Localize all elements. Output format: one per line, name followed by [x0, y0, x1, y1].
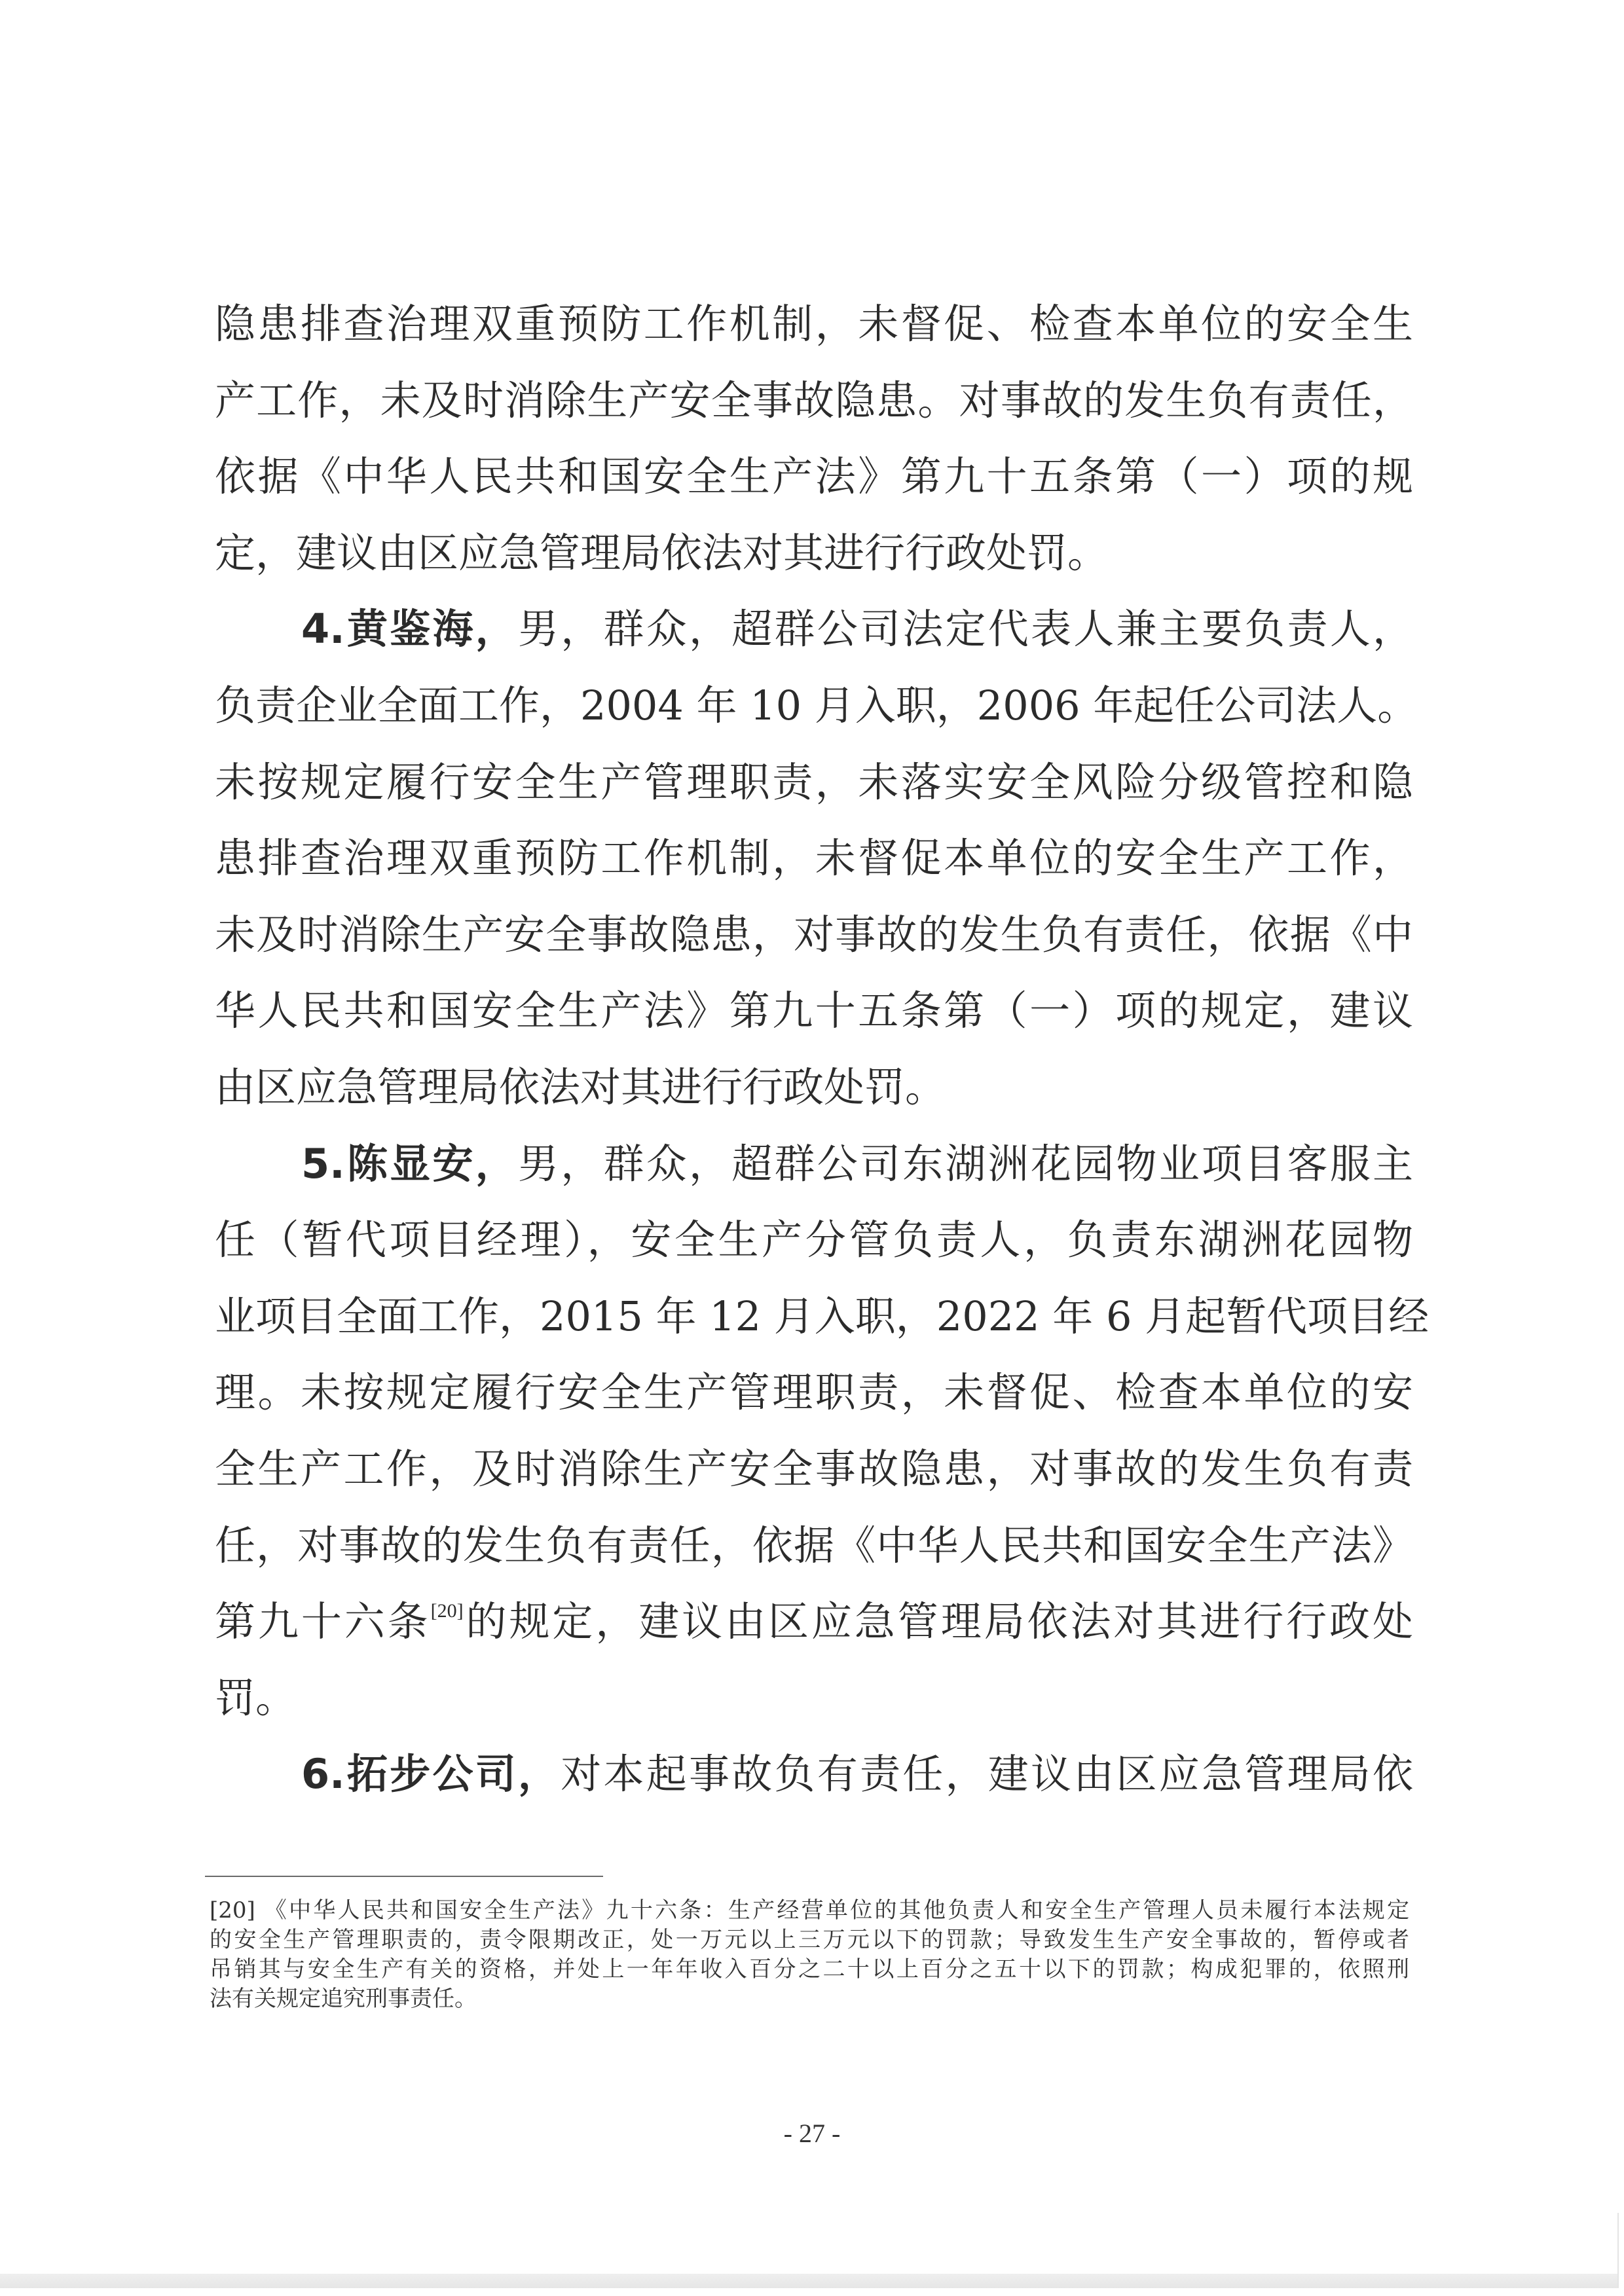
text-segment: 第九十六条 — [215, 1597, 431, 1645]
text-segment: 对本起事故负有责任，建议由区应急管理局依 — [561, 1750, 1413, 1798]
text-segment: 男，群众，超群公司法定代表人兼主要负责人， — [518, 605, 1413, 653]
footnote-20: [20] 《中华人民共和国安全生产法》九十六条：生产经营单位的其他负责人和安全生… — [210, 1896, 1409, 2014]
text-line: 负责企业全面工作，2004 年 10 月入职，2006 年起任公司法人。 — [215, 668, 1413, 744]
text-line: 隐患排查治理双重预防工作机制，未督促、检查本单位的安全生 — [215, 286, 1413, 363]
paragraph-first-line: 5.陈显安，男，群众，超群公司东湖洲花园物业项目客服主 — [215, 1126, 1413, 1203]
paragraph-5-chen-xianan: 5.陈显安，男，群众，超群公司东湖洲花园物业项目客服主 任（暂代项目经理），安全… — [215, 1126, 1413, 1737]
scan-artifact-band — [0, 2274, 1617, 2288]
text-line: 业项目全面工作，2015 年 12 月入职，2022 年 6 月起暂代项目经 — [215, 1279, 1413, 1355]
paragraph-6-tuobu-company: 6.拓步公司，对本起事故负有责任，建议由区应急管理局依 — [215, 1736, 1413, 1813]
paragraph-3-continued: 隐患排查治理双重预防工作机制，未督促、检查本单位的安全生 产工作，未及时消除生产… — [215, 286, 1413, 591]
footnote-line: 吊销其与安全生产有关的资格，并处上一年年收入百分之二十以上百分之五十以下的罚款；… — [210, 1955, 1409, 1984]
text-line: 患排查治理双重预防工作机制，未督促本单位的安全生产工作， — [215, 820, 1413, 897]
text-line: 全生产工作，及时消除生产安全事故隐患，对事故的发生负有责 — [215, 1431, 1413, 1508]
text-line: 罚。 — [215, 1660, 1413, 1737]
body-text: 隐患排查治理双重预防工作机制，未督促、检查本单位的安全生 产工作，未及时消除生产… — [215, 286, 1413, 1813]
text-line: 理。未按规定履行安全生产管理职责，未督促、检查本单位的安 — [215, 1355, 1413, 1431]
text-line: 华人民共和国安全生产法》第九十五条第（一）项的规定，建议 — [215, 973, 1413, 1049]
footnote-line: 的安全生产管理职责的，责令限期改正，处一万元以上三万元以下的罚款；导致发生生产安… — [210, 1925, 1409, 1955]
text-line: 定，建议由区应急管理局依法对其进行行政处罚。 — [215, 515, 1413, 592]
footnote-line: [20] 《中华人民共和国安全生产法》九十六条：生产经营单位的其他负责人和安全生… — [210, 1896, 1409, 1925]
text-line: 依据《中华人民共和国安全生产法》第九十五条第（一）项的规 — [215, 439, 1413, 515]
paragraph-first-line: 6.拓步公司，对本起事故负有责任，建议由区应急管理局依 — [215, 1736, 1413, 1813]
person-name: 陈显安， — [345, 1140, 518, 1188]
document-page: 隐患排查治理双重预防工作机制，未督促、检查本单位的安全生 产工作，未及时消除生产… — [0, 0, 1624, 2296]
text-segment: 男，群众，超群公司东湖洲花园物业项目客服主 — [518, 1140, 1413, 1188]
footnote-line: 法有关规定追究刑事责任。 — [210, 1984, 1409, 2014]
text-segment: 的规定，建议由区应急管理局依法对其进行行政处 — [464, 1597, 1413, 1645]
text-line-with-footnote-ref: 第九十六条[20]的规定，建议由区应急管理局依法对其进行行政处 — [215, 1584, 1413, 1660]
page-number: - 27 - — [0, 2118, 1624, 2149]
text-line: 未及时消除生产安全事故隐患，对事故的发生负有责任，依据《中 — [215, 897, 1413, 974]
text-line: 任（暂代项目经理），安全生产分管负责人，负责东湖洲花园物 — [215, 1202, 1413, 1279]
text-line: 任，对事故的发生负有责任，依据《中华人民共和国安全生产法》 — [215, 1508, 1413, 1584]
company-name: 拓步公司， — [345, 1750, 561, 1798]
paragraph-4-huang-jianhai: 4.黄鉴海，男，群众，超群公司法定代表人兼主要负责人， 负责企业全面工作，200… — [215, 591, 1413, 1125]
paragraph-first-line: 4.黄鉴海，男，群众，超群公司法定代表人兼主要负责人， — [215, 591, 1413, 668]
item-number: 5. — [301, 1140, 345, 1188]
person-name: 黄鉴海， — [345, 605, 518, 653]
footnote-separator — [205, 1876, 603, 1877]
item-number: 4. — [301, 605, 345, 653]
footnote-reference-link[interactable]: [20] — [431, 1600, 464, 1622]
scan-artifact-edge — [1617, 2213, 1619, 2288]
text-line: 产工作，未及时消除生产安全事故隐患。对事故的发生负有责任， — [215, 363, 1413, 439]
text-line: 由区应急管理局依法对其进行行政处罚。 — [215, 1049, 1413, 1126]
item-number: 6. — [301, 1750, 345, 1798]
text-line: 未按规定履行安全生产管理职责，未落实安全风险分级管控和隐 — [215, 744, 1413, 821]
